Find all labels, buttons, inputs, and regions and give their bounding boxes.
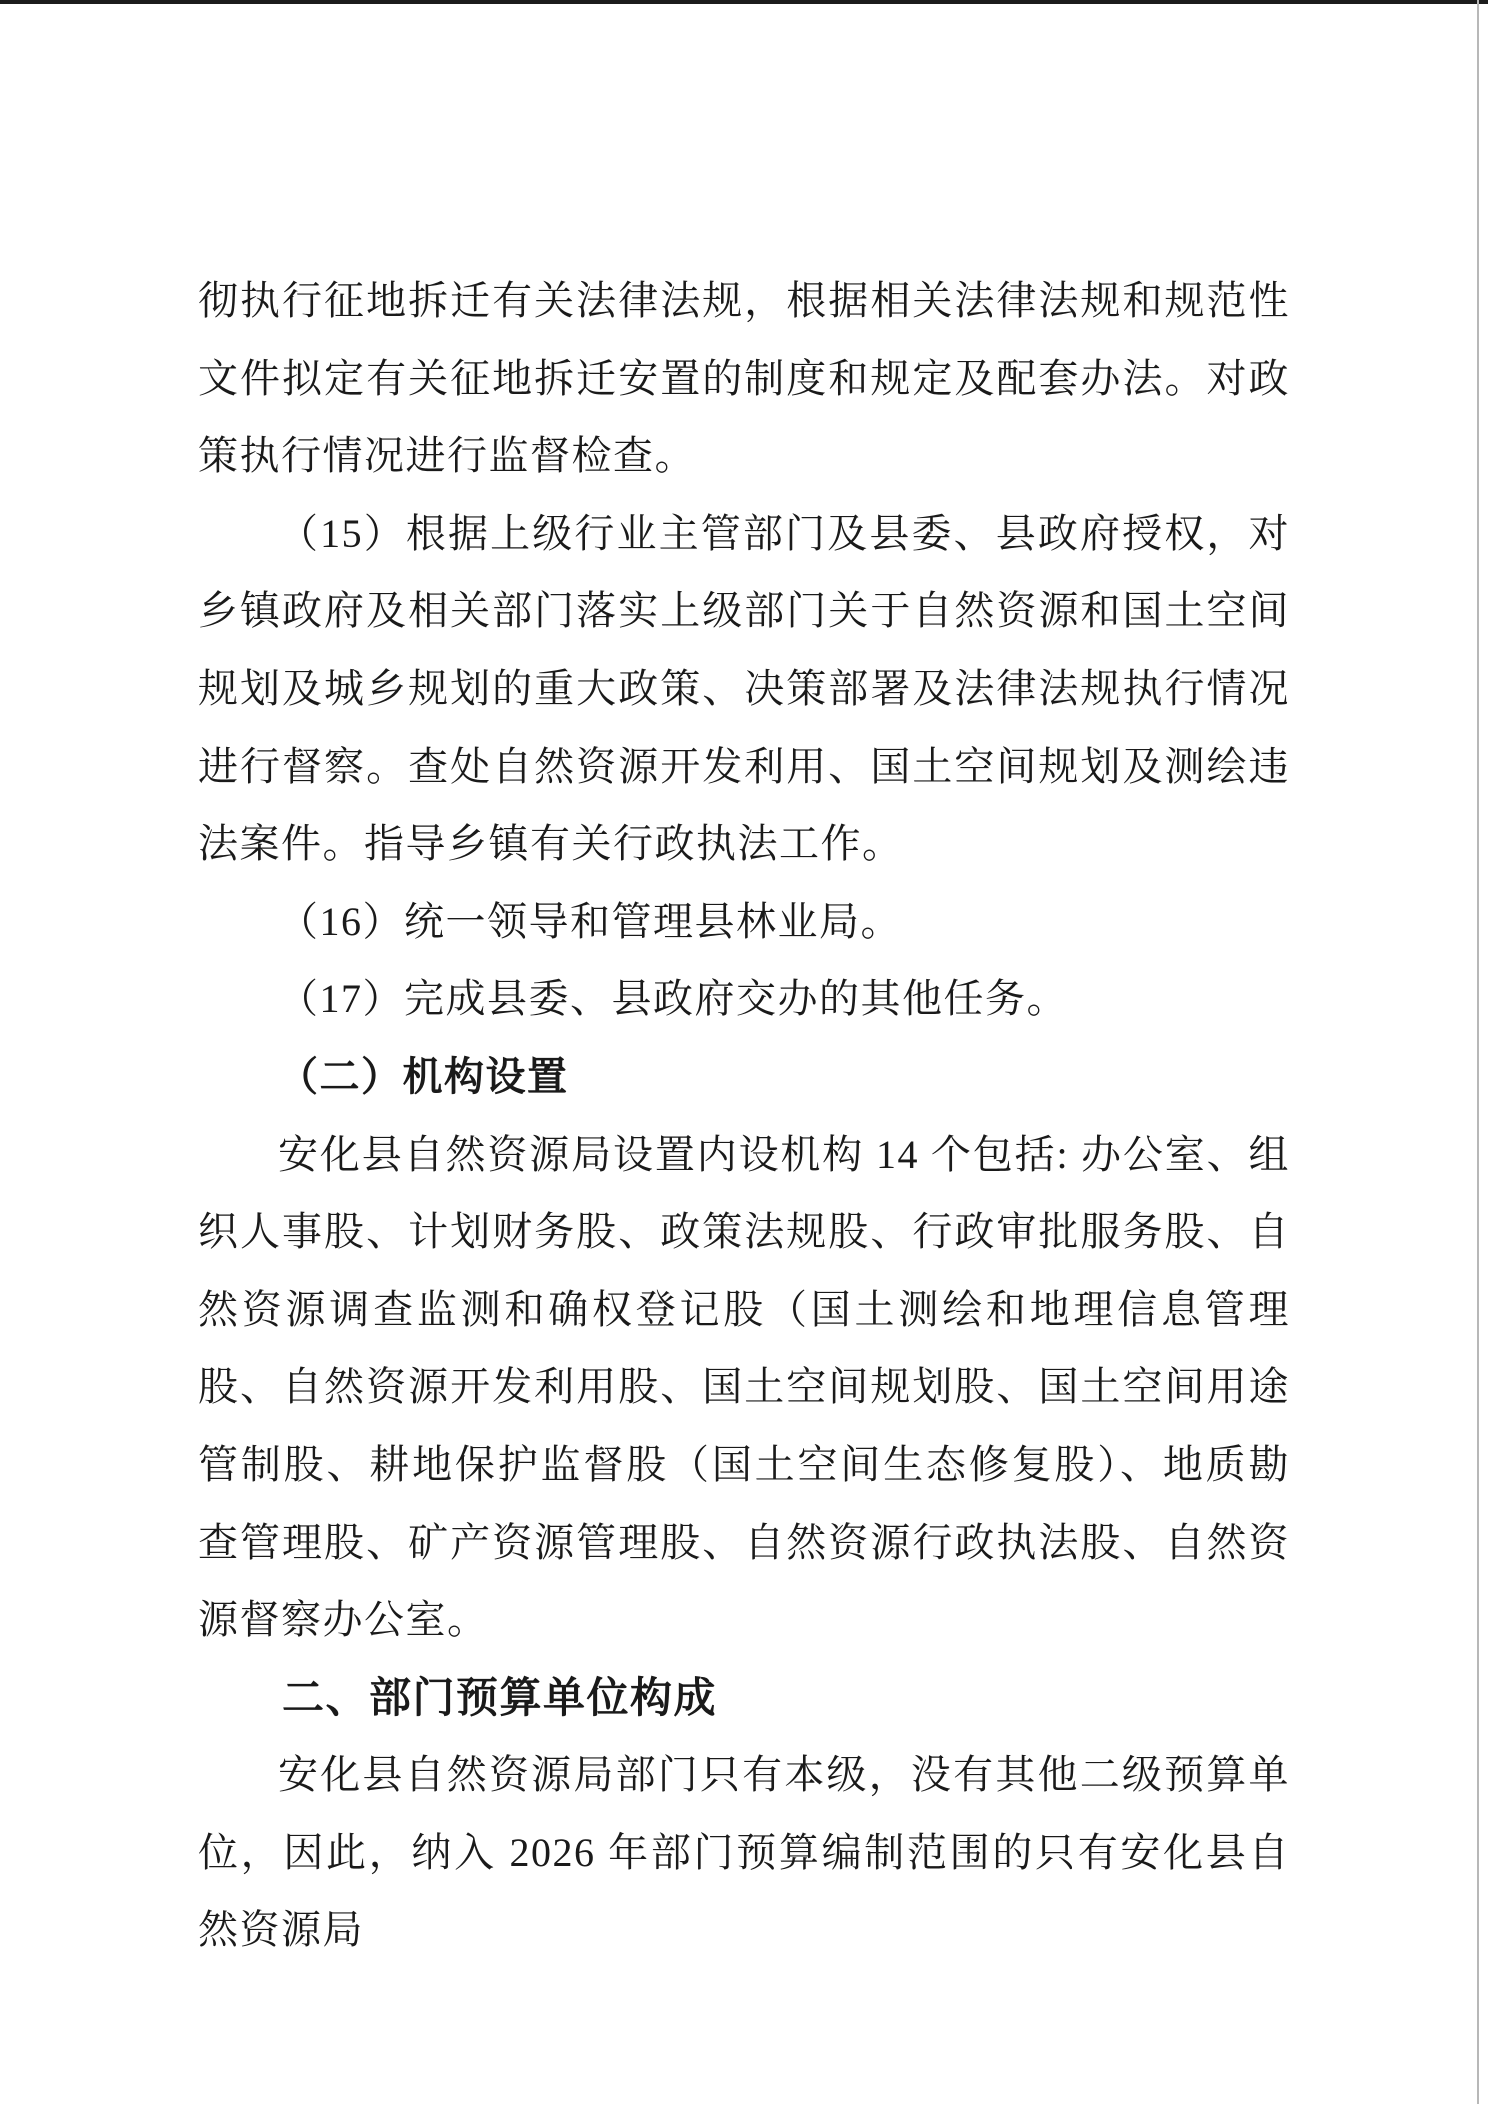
- section-heading-budget-unit-composition: 二、部门预算单位构成: [198, 1659, 1290, 1737]
- document-page: 彻执行征地拆迁有关法律法规，根据相关法律法规和规范性文件拟定有关征地拆迁安置的制…: [0, 0, 1488, 2104]
- paragraph-item-15: （15）根据上级行业主管部门及县委、县政府授权，对乡镇政府及相关部门落实上级部门…: [198, 495, 1290, 883]
- page-top-border: [0, 0, 1488, 4]
- paragraph-internal-organs: 安化县自然资源局设置内设机构 14 个包括: 办公室、组织人事股、计划财务股、政…: [198, 1116, 1290, 1659]
- paragraph-item-16: （16）统一领导和管理县林业局。: [198, 883, 1290, 961]
- page-right-edge-line: [1477, 0, 1479, 2104]
- paragraph-budget-unit-scope: 安化县自然资源局部门只有本级，没有其他二级预算单位，因此，纳入 2026 年部门…: [198, 1736, 1290, 1969]
- document-content: 彻执行征地拆迁有关法律法规，根据相关法律法规和规范性文件拟定有关征地拆迁安置的制…: [198, 262, 1290, 1969]
- paragraph-item-17: （17）完成县委、县政府交办的其他任务。: [198, 960, 1290, 1038]
- section-heading-organization-setup: （二）机构设置: [198, 1038, 1290, 1116]
- paragraph-duties-continuation: 彻执行征地拆迁有关法律法规，根据相关法律法规和规范性文件拟定有关征地拆迁安置的制…: [198, 262, 1290, 495]
